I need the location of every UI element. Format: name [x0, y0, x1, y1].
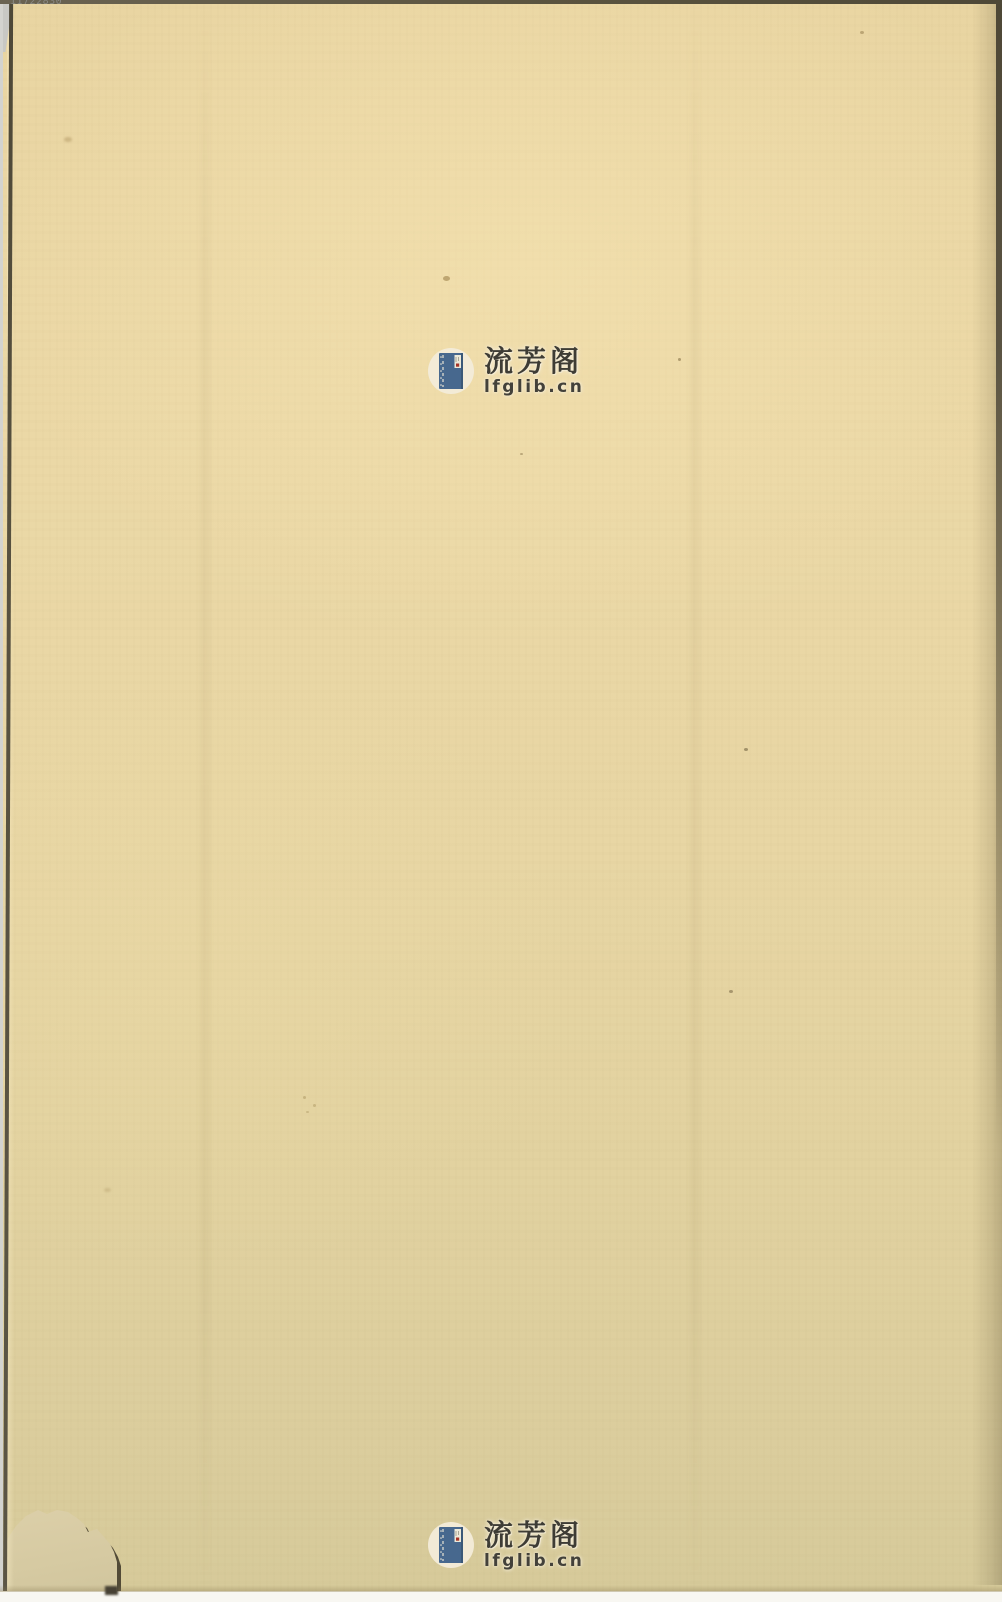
top-scan-edge: [0, 0, 1002, 4]
paper-stain: [729, 990, 733, 993]
watermark-domain: lfglib.cn: [484, 1551, 584, 1571]
paper-stain: [678, 358, 681, 361]
watermark-title: 流芳阁: [484, 346, 584, 376]
thread-bound-book-icon: [428, 348, 474, 394]
watermark-bottom: 流芳阁 lfglib.cn: [428, 1520, 598, 1571]
torn-corner-notch: [105, 1586, 118, 1595]
paper-fold-streak: [200, 0, 210, 1602]
paper-stain: [443, 276, 450, 281]
paper-stain: [313, 1104, 316, 1107]
watermark-text: 流芳阁 lfglib.cn: [484, 1520, 584, 1571]
scan-id-number: 11722830: [10, 0, 62, 7]
left-scanner-margin: [0, 0, 3, 1602]
paper-stain: [104, 1188, 111, 1192]
watermark-title: 流芳阁: [484, 1520, 584, 1550]
paper-fold-streak: [690, 0, 700, 1602]
scanned-book-page: 11722830 流芳阁 lfglib.cn: [0, 0, 1002, 1602]
bottom-scanner-strip: [0, 1591, 1002, 1602]
paper-stain: [860, 31, 864, 34]
watermark-domain: lfglib.cn: [484, 377, 584, 397]
paper-stain: [64, 137, 72, 142]
thread-bound-book-icon: [428, 1522, 474, 1568]
right-scan-edge: [996, 0, 1002, 1150]
paper-stain: [520, 453, 523, 455]
watermark-text: 流芳阁 lfglib.cn: [484, 346, 584, 397]
paper-stain: [306, 1111, 309, 1113]
paper-stain: [303, 1096, 306, 1099]
watermark-center: 流芳阁 lfglib.cn: [428, 346, 598, 397]
paper-stain: [744, 748, 748, 751]
